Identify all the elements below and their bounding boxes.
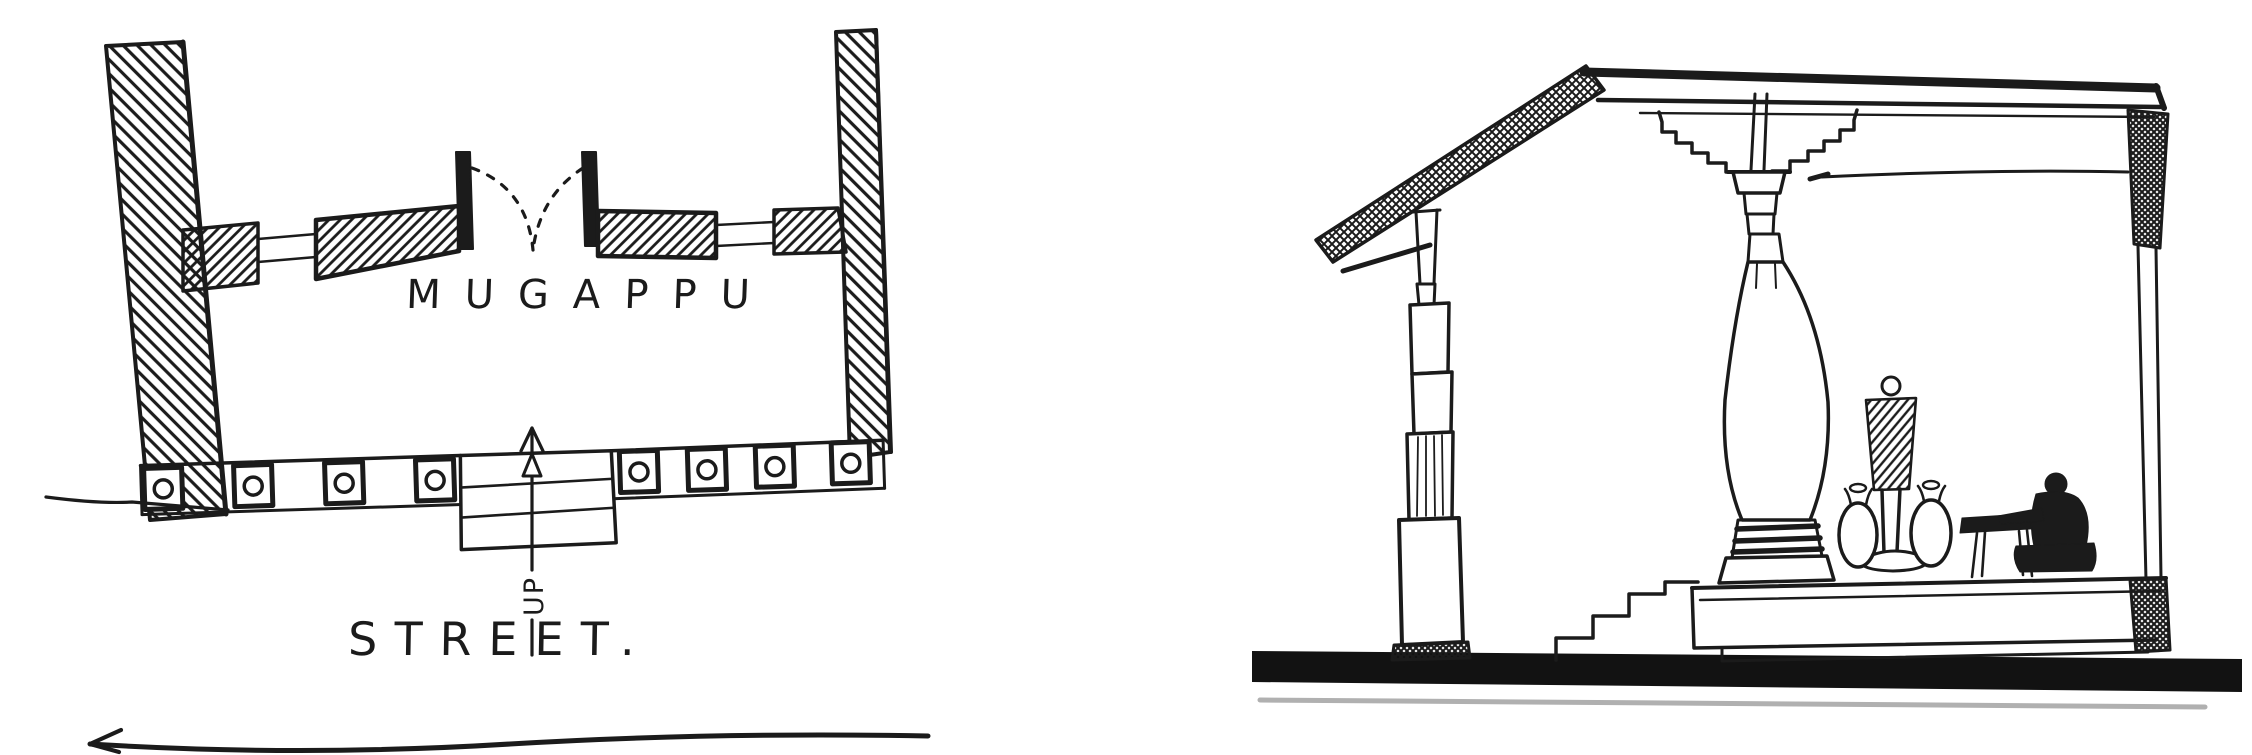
plan-door-jamb-left: [456, 152, 473, 249]
section-left-column: [1392, 210, 1470, 660]
street-arrowhead: [90, 730, 121, 752]
column-pedestal-flare: [1719, 556, 1834, 583]
room-label: MUGAPPU: [367, 272, 813, 318]
sketch-canvas: MUGAPPU UP STREET.: [0, 0, 2252, 755]
platform-corner-block: [2130, 578, 2170, 652]
standing-figure-head: [1882, 377, 1900, 395]
section-beam-line: [1822, 171, 2128, 177]
section-drawing: [1252, 66, 2242, 707]
seated-figure-arm: [1998, 508, 2044, 524]
plan-door-swing-right: [533, 168, 583, 250]
pot-left: [1839, 503, 1877, 567]
right-wall-cut-block: [2128, 110, 2168, 248]
seated-figure: [1998, 473, 2096, 572]
plan-street-line: [90, 730, 928, 752]
section-flat-roof-end: [2156, 86, 2164, 108]
section-platform: [1692, 578, 2170, 661]
left-column-footing: [1392, 642, 1470, 660]
column-capital: [1733, 172, 1785, 193]
plan-window-right: [716, 210, 774, 258]
left-column-fluted-block: [1407, 432, 1453, 520]
section-central-column: [1659, 94, 1857, 583]
section-ground-shadow: [1260, 700, 2205, 707]
street-label: STREET.: [300, 612, 701, 666]
plan-front-wall-right: [598, 208, 846, 258]
plan-plinth-row: [140, 440, 886, 559]
section-steps: [1556, 582, 1698, 660]
corbel-left-arm: [1659, 112, 1745, 172]
plan-doorway: [456, 152, 599, 250]
section-sloped-roof: [1316, 66, 1604, 271]
standing-figure-body: [1866, 398, 1916, 490]
plan-window-left: [258, 220, 316, 283]
plan-door-swing-left: [472, 168, 533, 250]
section-flat-roof: [1584, 72, 2164, 117]
seated-figure-legs: [2014, 543, 2096, 572]
left-column-pedestal: [1399, 518, 1463, 645]
pot-right: [1911, 500, 1951, 566]
column-vase-shaft: [1724, 262, 1828, 520]
section-right-wall: [2128, 110, 2168, 580]
corbel-right-arm: [1772, 110, 1857, 171]
